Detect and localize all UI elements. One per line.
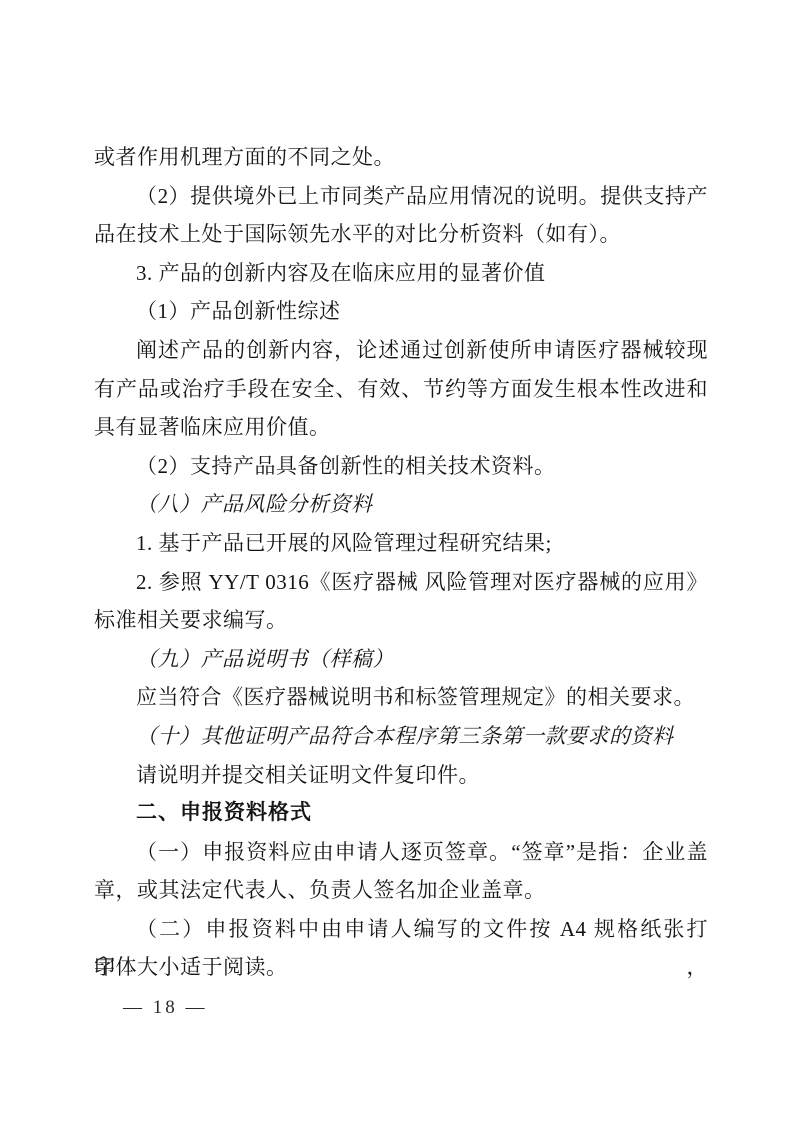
text-line: （一）申报资料应由申请人逐页签章。“签章”是指：企业盖 [94,833,708,872]
text-line: 1. 基于产品已开展的风险管理过程研究结果; [94,524,708,563]
text-line: 请说明并提交相关证明文件复印件。 [94,756,708,795]
text-line: （2）提供境外已上市同类产品应用情况的说明。提供支持产 [94,177,708,216]
text-line: 二、申报资料格式 [94,794,708,833]
document-page: 或者作用机理方面的不同之处。（2）提供境外已上市同类产品应用情况的说明。提供支持… [0,0,793,1122]
document-body: 或者作用机理方面的不同之处。（2）提供境外已上市同类产品应用情况的说明。提供支持… [94,138,708,987]
text-line: （1）产品创新性综述 [94,292,708,331]
text-line: 品在技术上处于国际领先水平的对比分析资料（如有）。 [94,215,708,254]
text-line: （九）产品说明书（样稿） [94,640,708,679]
text-line: 章，或其法定代表人、负责人签名加企业盖章。 [94,871,708,910]
text-line: 具有显著临床应用价值。 [94,408,708,447]
text-line: （2）支持产品具备创新性的相关技术资料。 [94,447,708,486]
text-line: （二）申报资料中由申请人编写的文件按 A4 规格纸张打印， [94,910,708,949]
text-line: 3. 产品的创新内容及在临床应用的显著价值 [94,254,708,293]
text-line: （十）其他证明产品符合本程序第三条第一款要求的资料 [94,717,708,756]
text-line: （八）产品风险分析资料 [94,485,708,524]
text-line: 或者作用机理方面的不同之处。 [94,138,708,177]
text-line: 阐述产品的创新内容，论述通过创新使所申请医疗器械较现 [94,331,708,370]
text-line: 2. 参照 YY/T 0316《医疗器械 风险管理对医疗器械的应用》 [94,563,708,602]
page-number: — 18 — [123,995,208,1021]
text-line: 标准相关要求编写。 [94,601,708,640]
text-line: 应当符合《医疗器械说明书和标签管理规定》的相关要求。 [94,678,708,717]
text-line: 有产品或治疗手段在安全、有效、节约等方面发生根本性改进和 [94,370,708,409]
